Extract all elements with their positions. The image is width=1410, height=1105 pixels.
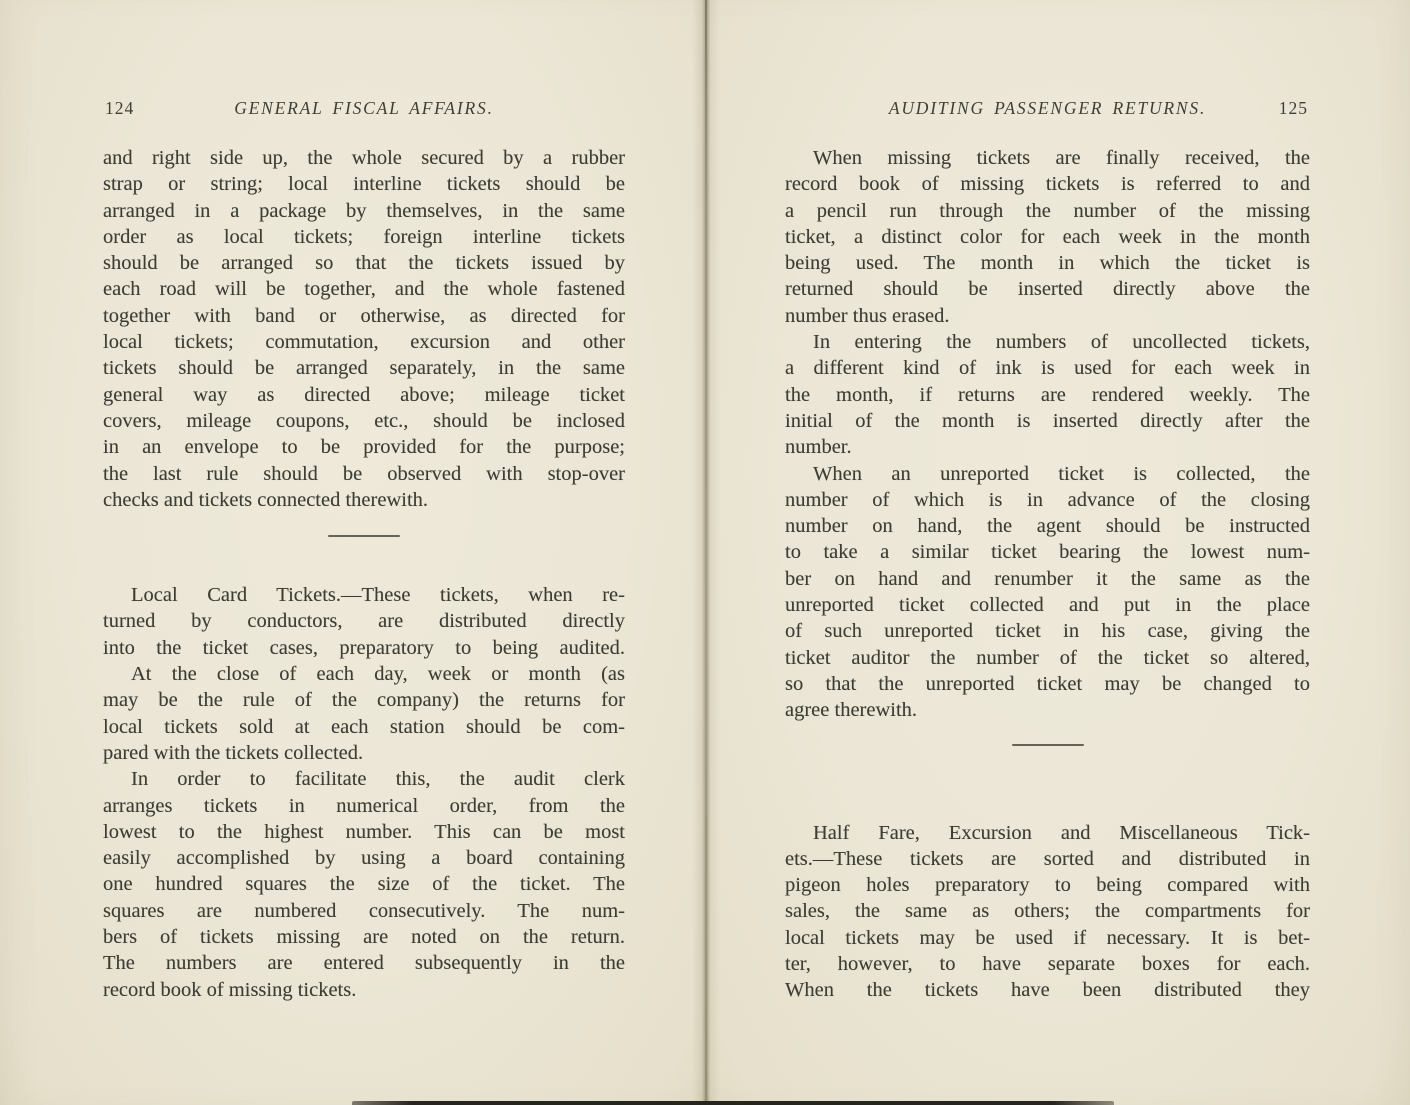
paragraph: Local Card Tickets.—These tickets, when … xyxy=(103,582,625,661)
text-line: pared with the tickets collected. xyxy=(103,740,625,766)
text-line: When the tickets have been distributed t… xyxy=(785,977,1310,1003)
text-line: Local Card Tickets.—These tickets, when … xyxy=(103,582,625,608)
text-line: At the close of each day, week or month … xyxy=(103,661,625,687)
text-line: ticket, a distinct color for each week i… xyxy=(785,224,1310,250)
text-line: initial of the month is inserted directl… xyxy=(785,408,1310,434)
text-line: record book of missing tickets is referr… xyxy=(785,171,1310,197)
text-line: The numbers are entered subsequently in … xyxy=(103,950,625,976)
text-line: local tickets may be used if necessary. … xyxy=(785,925,1310,951)
text-line: bers of tickets missing are noted on the… xyxy=(103,924,625,950)
text-line: When missing tickets are finally receive… xyxy=(785,145,1310,171)
text-line: returned should be inserted directly abo… xyxy=(785,276,1310,302)
text-line: arranged in a package by themselves, in … xyxy=(103,198,625,224)
text-line: ber on hand and renumber it the same as … xyxy=(785,566,1310,592)
section-divider-rule xyxy=(1012,744,1084,746)
text-line: in an envelope to be provided for the pu… xyxy=(103,434,625,460)
text-line: to take a similar ticket bearing the low… xyxy=(785,539,1310,565)
text-line: so that the unreported ticket may be cha… xyxy=(785,671,1310,697)
section-divider xyxy=(785,744,1310,820)
text-line: easily accomplished by using a board con… xyxy=(103,845,625,871)
book-spread: 124 GENERAL FISCAL AFFAIRS. and right si… xyxy=(0,0,1410,1105)
text-line: ter, however, to have separate boxes for… xyxy=(785,951,1310,977)
text-line: number. xyxy=(785,434,1310,460)
paragraph: When missing tickets are finally receive… xyxy=(785,145,1310,329)
text-line: into the ticket cases, preparatory to be… xyxy=(103,635,625,661)
text-line: In entering the numbers of uncollected t… xyxy=(785,329,1310,355)
text-line: order as local tickets; foreign interlin… xyxy=(103,224,625,250)
text-line: local tickets sold at each station shoul… xyxy=(103,714,625,740)
left-page: 124 GENERAL FISCAL AFFAIRS. and right si… xyxy=(0,0,705,1105)
text-line: of such unreported ticket in his case, g… xyxy=(785,618,1310,644)
scan-edge-strip xyxy=(352,1101,1114,1105)
section-divider-rule xyxy=(328,535,400,537)
text-line: lowest to the highest number. This can b… xyxy=(103,819,625,845)
text-line: may be the rule of the company) the retu… xyxy=(103,687,625,713)
text-line: When an unreported ticket is collected, … xyxy=(785,461,1310,487)
text-line: arranges tickets in numerical order, fro… xyxy=(103,793,625,819)
text-line: ticket auditor the number of the ticket … xyxy=(785,645,1310,671)
text-line: the month, if returns are rendered weekl… xyxy=(785,382,1310,408)
paragraph: and right side up, the whole secured by … xyxy=(103,145,625,513)
text-line: together with band or otherwise, as dire… xyxy=(103,303,625,329)
text-line: unreported ticket collected and put in t… xyxy=(785,592,1310,618)
text-line: a different kind of ink is used for each… xyxy=(785,355,1310,381)
left-page-header: 124 GENERAL FISCAL AFFAIRS. xyxy=(103,98,625,122)
left-page-content: 124 GENERAL FISCAL AFFAIRS. and right si… xyxy=(103,98,625,1003)
right-page-number: 125 xyxy=(1279,98,1308,119)
text-line: record book of missing tickets. xyxy=(103,977,625,1003)
text-line: squares are numbered consecutively. The … xyxy=(103,898,625,924)
text-line: strap or string; local interline tickets… xyxy=(103,171,625,197)
right-running-header: AUDITING PASSENGER RETURNS. xyxy=(785,98,1310,119)
section-divider xyxy=(103,535,625,582)
text-line: being used. The month in which the ticke… xyxy=(785,250,1310,276)
text-line: one hundred squares the size of the tick… xyxy=(103,871,625,897)
text-line: local tickets; commutation, excursion an… xyxy=(103,329,625,355)
right-page-header: 125 AUDITING PASSENGER RETURNS. xyxy=(785,98,1310,122)
paragraph: In order to facilitate this, the audit c… xyxy=(103,766,625,1003)
text-line: pigeon holes preparatory to being compar… xyxy=(785,872,1310,898)
paragraph: In entering the numbers of uncollected t… xyxy=(785,329,1310,460)
text-line: turned by conductors, are distributed di… xyxy=(103,608,625,634)
text-line: In order to facilitate this, the audit c… xyxy=(103,766,625,792)
text-line: should be arranged so that the tickets i… xyxy=(103,250,625,276)
paragraph: When an unreported ticket is collected, … xyxy=(785,461,1310,724)
text-line: agree therewith. xyxy=(785,697,1310,723)
text-line: general way as directed above; mileage t… xyxy=(103,382,625,408)
left-page-number: 124 xyxy=(105,98,134,119)
left-running-header: GENERAL FISCAL AFFAIRS. xyxy=(103,98,625,119)
text-line: Half Fare, Excursion and Miscellaneous T… xyxy=(785,820,1310,846)
text-line: and right side up, the whole secured by … xyxy=(103,145,625,171)
text-line: the last rule should be observed with st… xyxy=(103,461,625,487)
right-page: 125 AUDITING PASSENGER RETURNS. When mis… xyxy=(705,0,1410,1105)
text-line: checks and tickets connected therewith. xyxy=(103,487,625,513)
left-page-body: and right side up, the whole secured by … xyxy=(103,145,625,1003)
right-page-content: 125 AUDITING PASSENGER RETURNS. When mis… xyxy=(785,98,1310,1004)
text-line: number thus erased. xyxy=(785,303,1310,329)
text-line: sales, the same as others; the compartme… xyxy=(785,898,1310,924)
text-line: ets.—These tickets are sorted and distri… xyxy=(785,846,1310,872)
text-line: number of which is in advance of the clo… xyxy=(785,487,1310,513)
paragraph: At the close of each day, week or month … xyxy=(103,661,625,766)
text-line: number on hand, the agent should be inst… xyxy=(785,513,1310,539)
right-page-body: When missing tickets are finally receive… xyxy=(785,145,1310,1004)
paragraph: Half Fare, Excursion and Miscellaneous T… xyxy=(785,820,1310,1004)
text-line: each road will be together, and the whol… xyxy=(103,276,625,302)
text-line: covers, mileage coupons, etc., should be… xyxy=(103,408,625,434)
text-line: a pencil run through the number of the m… xyxy=(785,198,1310,224)
text-line: tickets should be arranged separately, i… xyxy=(103,355,625,381)
